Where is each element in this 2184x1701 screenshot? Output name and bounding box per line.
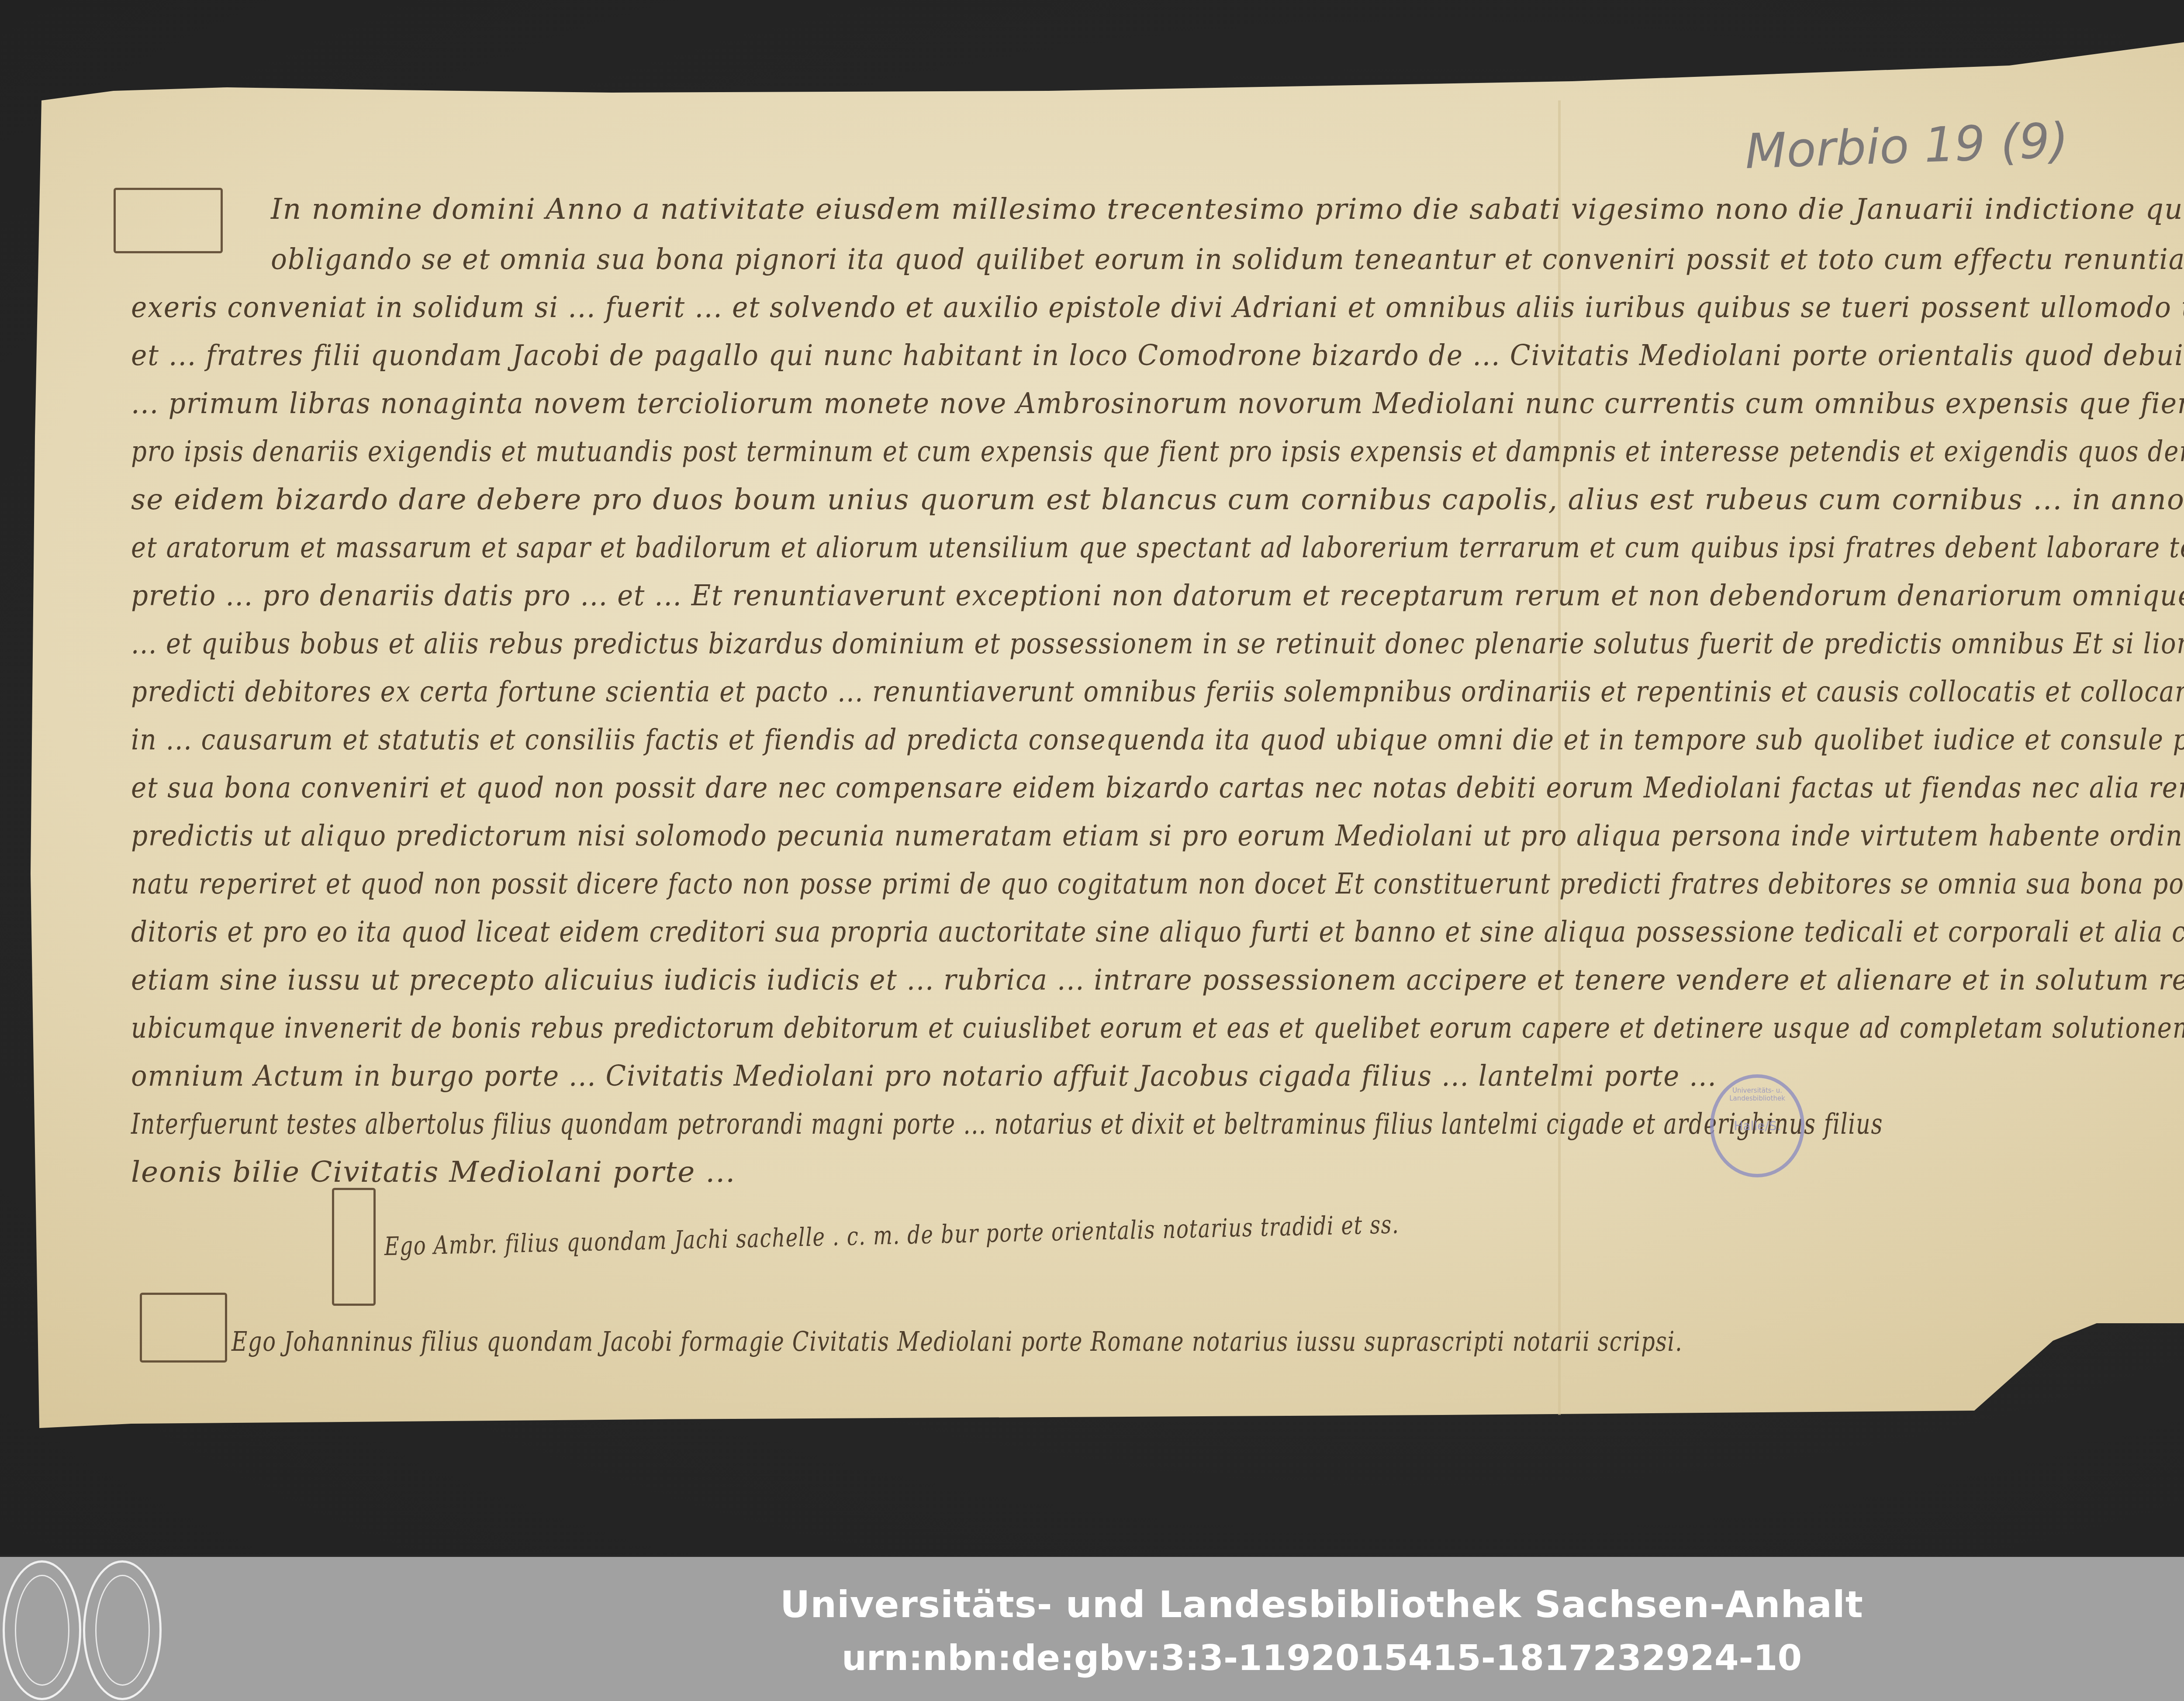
university-seal-wittenberg-icon [83, 1560, 162, 1700]
library-footer: Universitäts- und Landesbibliothek Sachs… [0, 1557, 2184, 1701]
institution-name: Universitäts- und Landesbibliothek Sachs… [0, 1583, 2184, 1626]
university-seal-halle-icon [3, 1560, 81, 1700]
urn-identifier: urn:nbn:de:gbv:3:3-1192015415-1817232924… [0, 1638, 2184, 1678]
parchment-sheet [0, 0, 2184, 1555]
